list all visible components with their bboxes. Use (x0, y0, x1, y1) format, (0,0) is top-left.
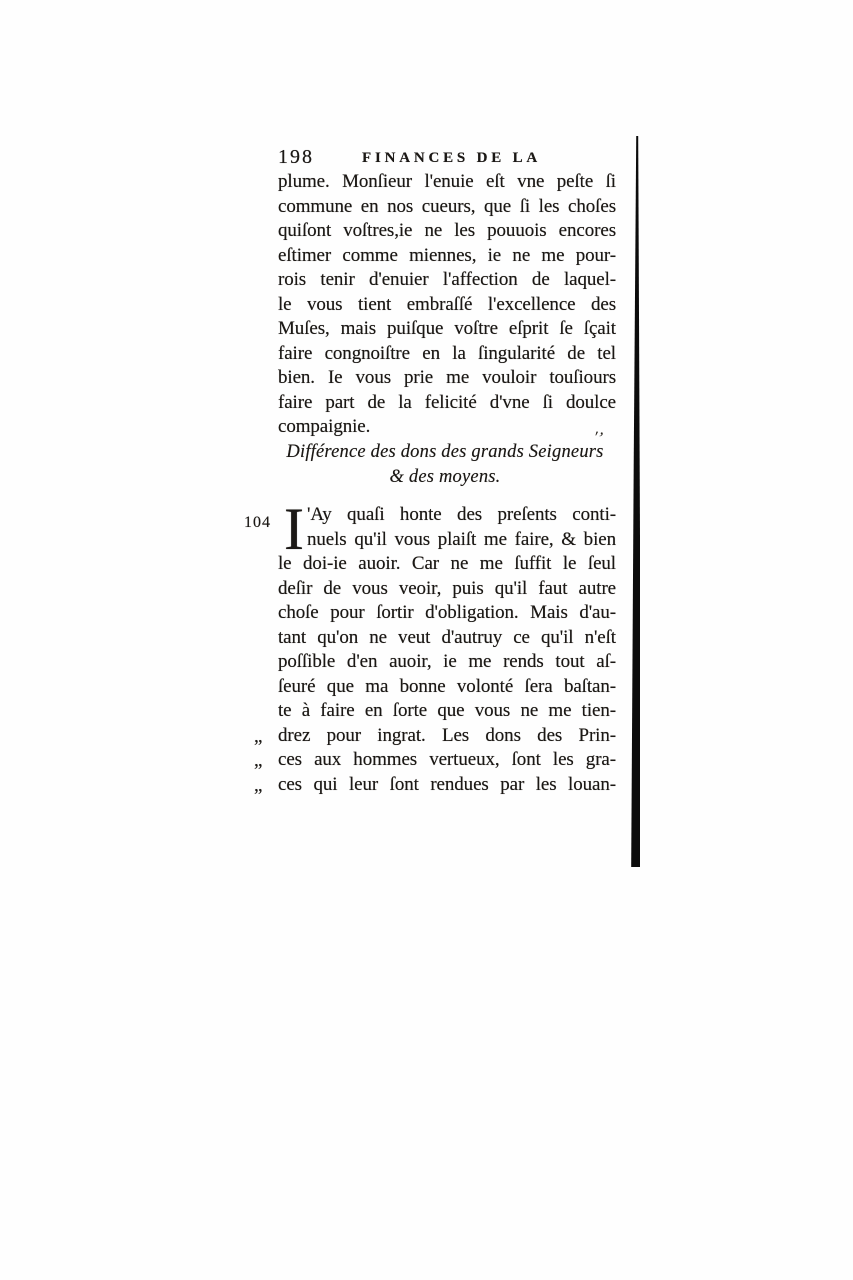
text-line: faire congnoiſtre en la ſingularité de t… (278, 342, 616, 367)
margin-quote-mark: „ (254, 774, 263, 799)
text-line: deſir de vous veoir, puis qu'il faut aut… (278, 577, 616, 602)
text-line: faire part de la felicité d'vne ſi doulc… (278, 391, 616, 416)
text-line: tant qu'on ne veut d'autruy ce qu'il n'e… (278, 626, 616, 651)
page-edge-shadow (631, 136, 640, 867)
text-line: ces aux hommes vertueux, ſont les gra- (278, 749, 616, 770)
text-line: choſe pour ſortir d'obligation. Mais d'a… (278, 601, 616, 626)
text-line: ces qui leur ſont rendues par les louan- (278, 774, 616, 795)
text-line-quoted: „ ces aux hommes vertueux, ſont les gra- (278, 748, 616, 773)
text-line: nuels qu'il vous plaiſt me faire, & bien (307, 528, 616, 553)
text-line: Muſes, mais puiſque voſtre eſprit ſe ſça… (278, 317, 616, 342)
margin-paragraph-number: 104 (244, 511, 271, 536)
paragraph-2: 104 I 'Ay quaſi honte des preſents conti… (278, 503, 616, 797)
text-line-quoted: „ drez pour ingrat. Les dons des Prin- (278, 724, 616, 749)
page-number: 198 (278, 146, 314, 168)
margin-quote-mark: „ (254, 749, 263, 774)
book-page-scan: 198 FINANCES DE LA plume. Monſieur l'enu… (0, 0, 853, 1280)
text-line: te à faire en ſorte que vous ne me tien- (278, 699, 616, 724)
text-line: eſtimer comme miennes, ie ne me pour- (278, 244, 616, 269)
drop-cap-initial: I (284, 506, 304, 552)
text-line: bien. Ie vous prie me vouloir touſiours (278, 366, 616, 391)
text-line-quoted: „ ces qui leur ſont rendues par les loua… (278, 773, 616, 798)
text-line: compaignie. (278, 415, 616, 440)
text-line: rois tenir d'enuier l'affection de laque… (278, 268, 616, 293)
text-line: plume. Monſieur l'enuie eſt vne peſte ſi (278, 170, 616, 195)
section-heading-line: Différence des dons des grands Seigneurs (270, 440, 620, 465)
page-header: 198 FINANCES DE LA (278, 146, 614, 172)
text-line: ſeuré que ma bonne volonté ſera baſtan- (278, 675, 616, 700)
text-line: le vous tient embraſſé l'excellence des (278, 293, 616, 318)
margin-quote-mark: „ (254, 725, 263, 750)
section-heading-line: & des moyens. (270, 465, 620, 490)
paragraph-1: plume. Monſieur l'enuie eſt vne peſte ſi… (278, 170, 616, 440)
text-line: le doi-ie auoir. Car ne me ſuffit le ſeu… (278, 552, 616, 577)
text-line: quiſont voſtres,ie ne les pouuois encore… (278, 219, 616, 244)
text-line: poſſible d'en auoir, ie me rends tout aſ… (278, 650, 616, 675)
running-header: FINANCES DE LA (362, 150, 541, 167)
text-line: commune en nos cueurs, que ſi les choſes (278, 195, 616, 220)
text-line: 'Ay quaſi honte des preſents conti- (307, 503, 616, 528)
section-heading: Différence des dons des grands Seigneurs… (270, 440, 620, 490)
text-line: drez pour ingrat. Les dons des Prin- (278, 725, 616, 746)
